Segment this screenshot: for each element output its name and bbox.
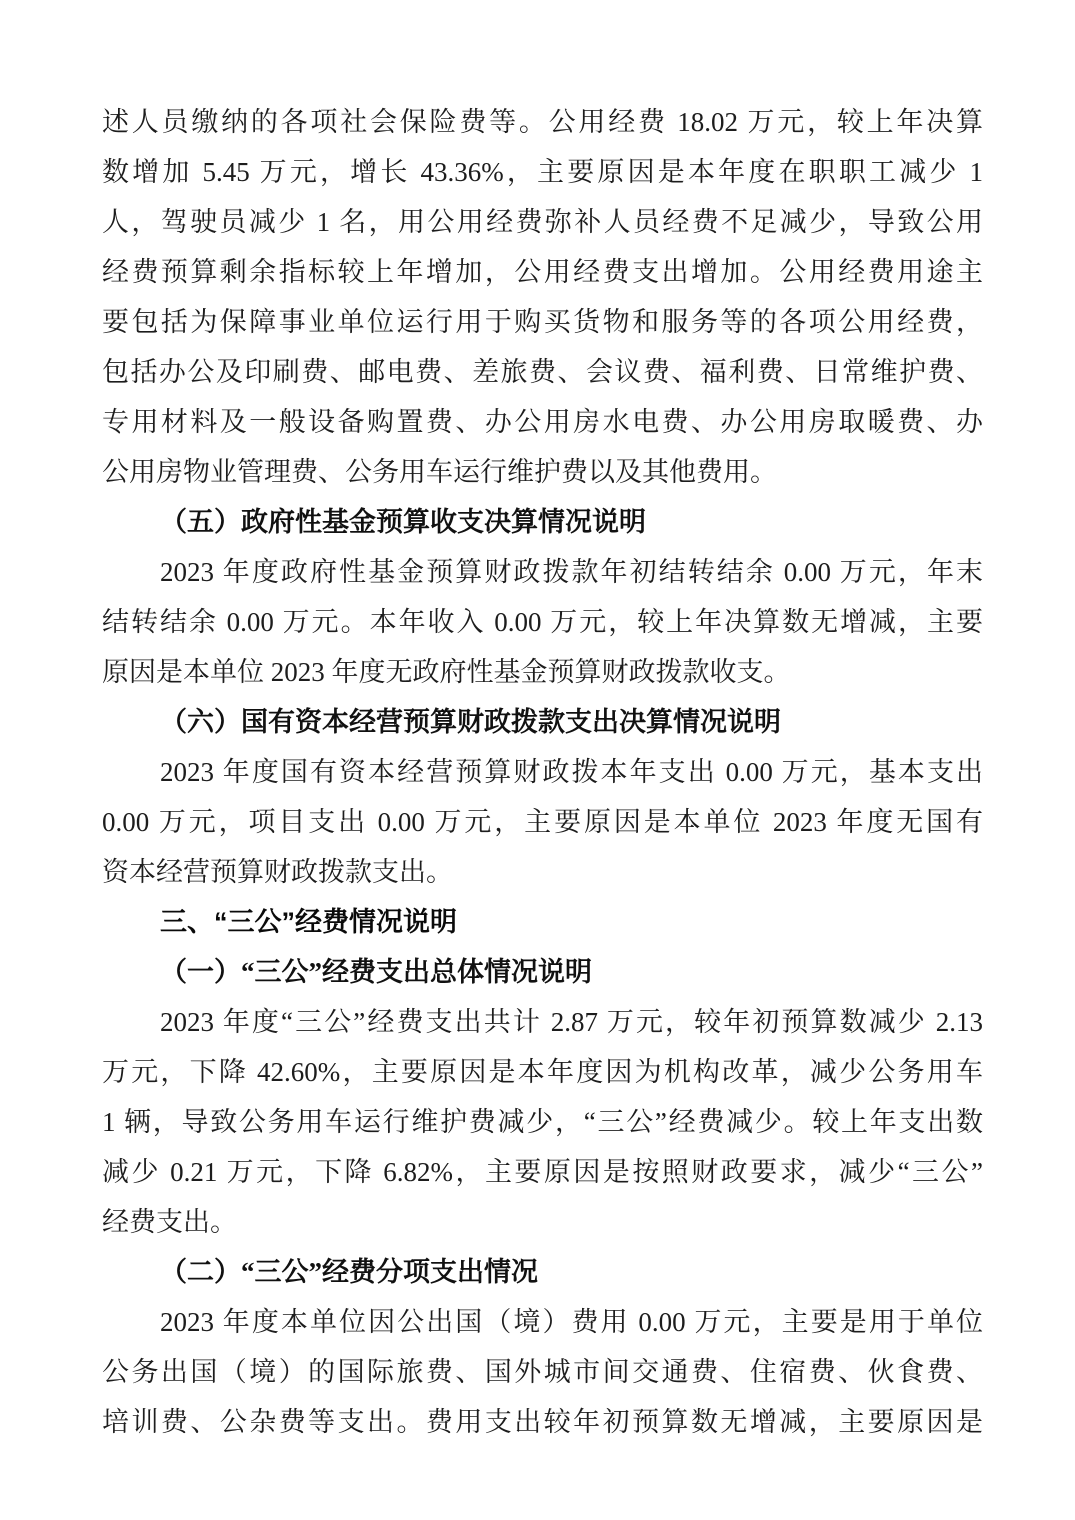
text-line: 经费预算剩余指标较上年增加，公用经费支出增加。公用经费用途主	[102, 247, 983, 297]
text-line: 专用材料及一般设备购置费、办公用房水电费、办公用房取暖费、办	[102, 397, 983, 447]
document-body: 述人员缴纳的各项社会保险费等。公用经费 18.02 万元，较上年决算数增加 5.…	[0, 0, 1075, 1447]
text-line: 2023 年度“三公”经费支出共计 2.87 万元，较年初预算数减少 2.13	[102, 997, 983, 1047]
text-line: 万元，下降 42.60%，主要原因是本年度因为机构改革，减少公务用车	[102, 1047, 983, 1097]
text-line: 要包括为保障事业单位运行用于购买货物和服务等的各项公用经费，	[102, 297, 983, 347]
text-line: 包括办公及印刷费、邮电费、差旅费、会议费、福利费、日常维护费、	[102, 347, 983, 397]
document-page: 述人员缴纳的各项社会保险费等。公用经费 18.02 万元，较上年决算数增加 5.…	[0, 0, 1075, 1520]
text-line: 资本经营预算财政拨款支出。	[102, 847, 983, 897]
text-line: 原因是本单位 2023 年度无政府性基金预算财政拨款收支。	[102, 647, 983, 697]
text-line: 数增加 5.45 万元，增长 43.36%，主要原因是本年度在职职工减少 1	[102, 147, 983, 197]
text-line: 1 辆，导致公务用车运行维护费减少，“三公”经费减少。较上年支出数	[102, 1097, 983, 1147]
text-line: 培训费、公杂费等支出。费用支出较年初预算数无增减，主要原因是	[102, 1397, 983, 1447]
text-line: 经费支出。	[102, 1197, 983, 1247]
section-heading: （二）“三公”经费分项支出情况	[102, 1247, 983, 1297]
text-line: 公用房物业管理费、公务用车运行维护费以及其他费用。	[102, 447, 983, 497]
text-line: 2023 年度国有资本经营预算财政拨本年支出 0.00 万元，基本支出	[102, 747, 983, 797]
text-line: 述人员缴纳的各项社会保险费等。公用经费 18.02 万元，较上年决算	[102, 97, 983, 147]
text-line: 2023 年度政府性基金预算财政拨款年初结转结余 0.00 万元，年末	[102, 547, 983, 597]
text-line: 公务出国（境）的国际旅费、国外城市间交通费、住宿费、伙食费、	[102, 1347, 983, 1397]
text-line: 2023 年度本单位因公出国（境）费用 0.00 万元，主要是用于单位	[102, 1297, 983, 1347]
section-heading: 三、“三公”经费情况说明	[102, 897, 983, 947]
text-line: 减少 0.21 万元，下降 6.82%，主要原因是按照财政要求，减少“三公”	[102, 1147, 983, 1197]
text-line: 0.00 万元，项目支出 0.00 万元，主要原因是本单位 2023 年度无国有	[102, 797, 983, 847]
text-line: 人，驾驶员减少 1 名，用公用经费弥补人员经费不足减少，导致公用	[102, 197, 983, 247]
section-heading: （一）“三公”经费支出总体情况说明	[102, 947, 983, 997]
text-line: 结转结余 0.00 万元。本年收入 0.00 万元，较上年决算数无增减，主要	[102, 597, 983, 647]
section-heading: （五）政府性基金预算收支决算情况说明	[102, 497, 983, 547]
section-heading: （六）国有资本经营预算财政拨款支出决算情况说明	[102, 697, 983, 747]
